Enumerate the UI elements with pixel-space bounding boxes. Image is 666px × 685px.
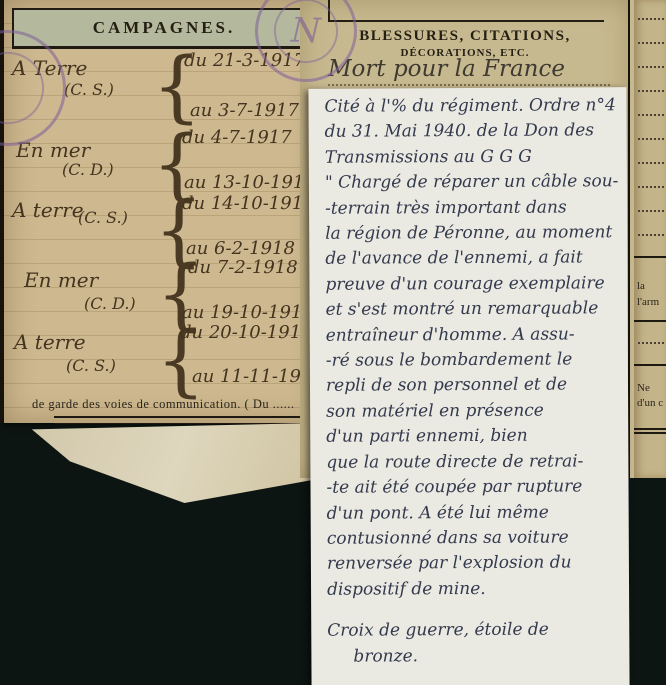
campaign-label: A Terre xyxy=(12,56,87,80)
campagnes-title: CAMPAGNES. xyxy=(93,18,236,38)
campaign-date-to: au 3-7-1917 xyxy=(190,100,299,121)
printed-fragment: d'un c xyxy=(637,397,663,409)
citation-line: d'un pont. A été lui même xyxy=(327,500,623,527)
campaign-sub: (C. S.) xyxy=(78,208,128,227)
strip-rule xyxy=(634,256,666,258)
campaign-date-from: du 20-10-1918 xyxy=(180,322,313,343)
campaign-date-to: au 13-10-1917 xyxy=(184,172,316,193)
dotted-fill-line xyxy=(638,114,664,116)
printed-fragment: Ne xyxy=(637,382,650,394)
strip-rule xyxy=(634,428,666,430)
citation-line: -ré sous le bombardement le xyxy=(326,347,622,374)
dotted-fill-line xyxy=(638,66,664,68)
dotted-fill-line xyxy=(638,90,664,92)
citation-line: preuve d'un courage exemplaire xyxy=(325,271,621,298)
citation-line: dispositif de mine. xyxy=(327,576,623,603)
strip-rule xyxy=(634,432,666,434)
citation-line: -terrain très important dans xyxy=(325,195,621,222)
campaign-sub: (C. D.) xyxy=(84,294,136,313)
dotted-fill-line xyxy=(638,42,664,44)
double-rule xyxy=(54,416,322,424)
slip-gap xyxy=(327,601,623,619)
citation-line: de l'avance de l'ennemi, a fait xyxy=(325,246,621,273)
citation-line: entraîneur d'homme. A assu- xyxy=(326,322,622,349)
citation-line: contusionné dans sa voiture xyxy=(327,525,623,552)
strip-rule xyxy=(634,364,666,366)
award-line: bronze. xyxy=(327,643,623,670)
campaign-label: En mer xyxy=(24,268,98,292)
campaign-date-from: du 7-2-1918 xyxy=(188,257,298,278)
citation-line: son matériel en présence xyxy=(326,398,622,425)
dotted-fill-line xyxy=(638,18,664,20)
blessures-title: BLESSURES, CITATIONS, xyxy=(300,28,630,45)
campaign-sub: (C. S.) xyxy=(66,356,116,375)
campaign-sub: (C. S.) xyxy=(64,80,114,99)
strip-rule xyxy=(634,320,666,322)
campaign-label: A terre xyxy=(14,330,86,354)
citation-line: Transmissions au G G G xyxy=(325,144,621,171)
campaign-date-from: du 21-3-1917 xyxy=(184,50,305,71)
dotted-fill-line xyxy=(638,342,664,344)
margin-strip: la l'arm Ne d'un c xyxy=(634,0,666,478)
citation-line: la région de Péronne, au moment xyxy=(325,220,621,247)
header-rule xyxy=(328,20,604,22)
torn-paper-corner xyxy=(0,423,318,503)
citation-line: et s'est montré un remarquable xyxy=(326,296,622,323)
citation-slip: Cité à l'% du régiment. Ordre n°4 du 31.… xyxy=(308,87,629,685)
award-line: Croix de guerre, étoile de xyxy=(327,617,623,644)
campaign-label: En mer xyxy=(16,138,90,162)
dotted-fill-line xyxy=(638,210,664,212)
printed-fragment: la xyxy=(637,280,645,292)
campaign-date-from: du 14-10-1917 xyxy=(182,193,315,214)
citation-line: -te ait été coupée par rupture xyxy=(326,474,622,501)
dotted-fill-line xyxy=(638,234,664,236)
document-scan: CAMPAGNES. A Terre (C. S.) { du 21-3-191… xyxy=(0,0,666,685)
mort-pour-la-france-mention: Mort pour la France xyxy=(328,56,610,86)
campaign-label: A terre xyxy=(12,198,84,222)
dotted-fill-line xyxy=(638,162,664,164)
campaign-sub: (C. D.) xyxy=(62,160,114,179)
dotted-fill-line xyxy=(638,138,664,140)
citation-line: Cité à l'% du régiment. Ordre n°4 xyxy=(324,93,620,120)
printed-footer-line: de garde des voies de communication. ( D… xyxy=(32,397,322,412)
citation-line: renversée par l'explosion du xyxy=(327,551,623,578)
citation-line: repli de son personnel et de xyxy=(326,373,622,400)
dotted-fill-line xyxy=(638,186,664,188)
citation-line: que la route directe de retrai- xyxy=(326,449,622,476)
campaign-date-from: du 4-7-1917 xyxy=(182,127,292,148)
citation-line: " Chargé de réparer un câble sou- xyxy=(325,169,621,196)
campagnes-page: CAMPAGNES. A Terre (C. S.) { du 21-3-191… xyxy=(0,0,322,423)
citation-line: du 31. Mai 1940. de la Don des xyxy=(325,119,621,146)
citation-line: d'un parti ennemi, bien xyxy=(326,423,622,450)
printed-fragment: l'arm xyxy=(637,296,659,308)
page-border-line xyxy=(328,0,330,20)
